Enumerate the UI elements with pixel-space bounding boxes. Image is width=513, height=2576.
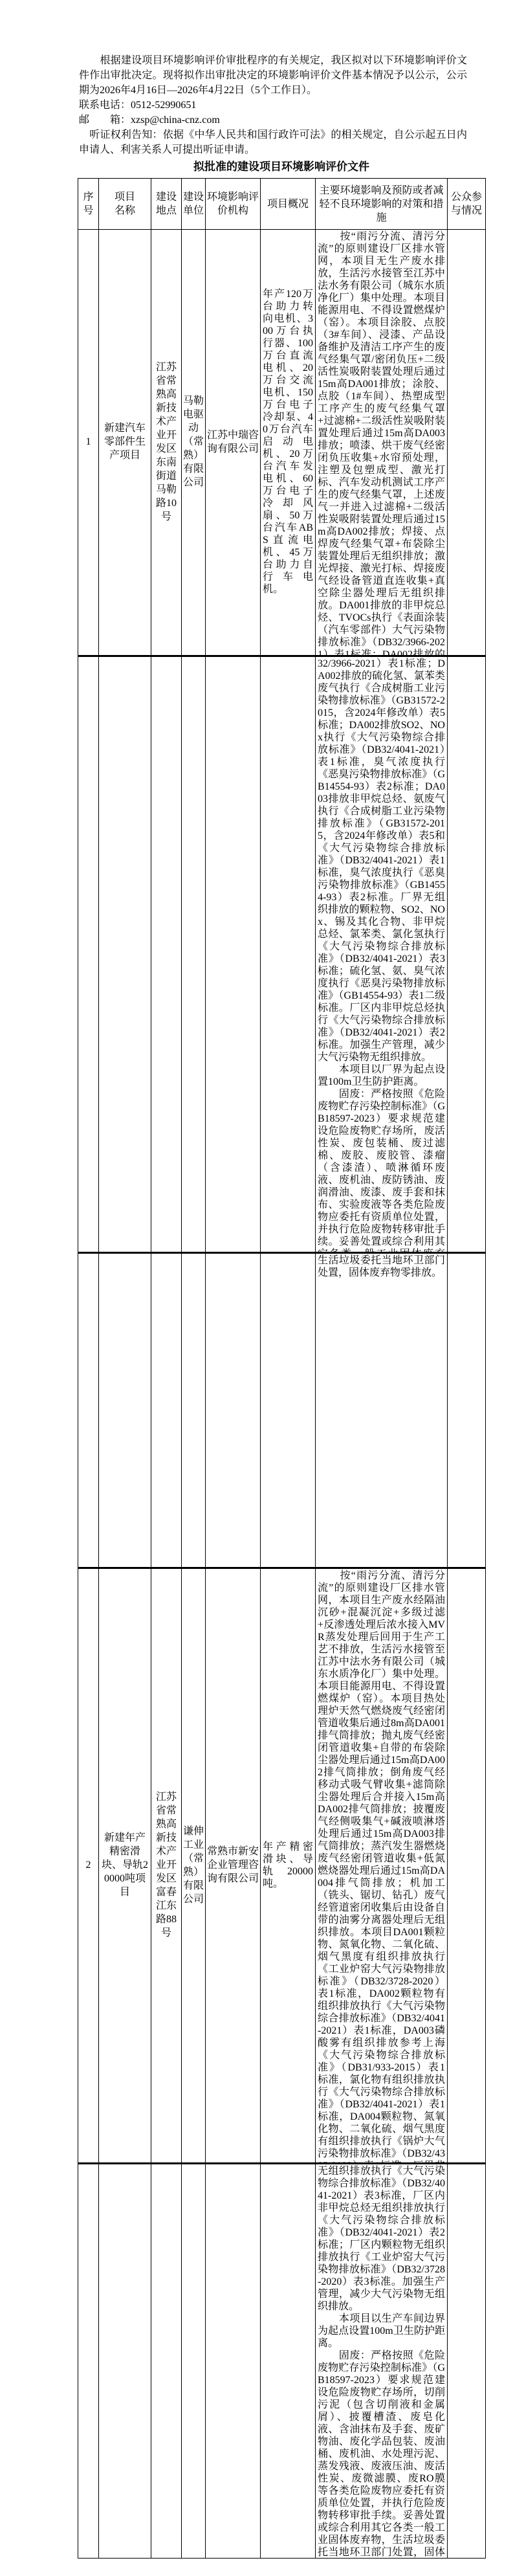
row2-cont1-public-cell [448,2164,486,2559]
row2-seq: 2 [79,1858,98,1872]
row2-builder: 谦伸工业（常熟）有限公司 [182,1825,204,1906]
row1-cont2-seq [78,1254,98,1567]
table-title: 拟批准的建设项目环境影响评价文件 [78,160,485,174]
row1-cont2-overview-cell [261,1253,316,1568]
row1-cont2-name-cell [99,1253,151,1568]
row1-cont2-overview [261,1254,315,1567]
row2-cont1-seq [78,2164,98,2558]
header-row: 序号 项目 名称 建设 地点 建设 单位 环境影响评 价机构 项目概况 主要环境… [78,179,486,230]
row2-agency-cell: 常熟市新安企业管理咨询有限公司 [206,1568,261,2164]
row1-cont1-overview [261,657,315,1252]
row2-cont1-location-cell [151,2164,182,2559]
eia-approval-table: 序号 项目 名称 建设 地点 建设 单位 环境影响评 价机构 项目概况 主要环境… [78,178,486,2559]
header-agency-label: 环境影响评 价机构 [206,179,260,229]
header-agency: 环境影响评 价机构 [206,179,261,230]
row1-measures: 按“雨污分流、清污分流”的原则建设厂区排水管网，本项目无生产废水排放，生活污水接… [316,230,447,655]
row2-public [448,1569,485,2162]
header-project-name-label: 项目 名称 [99,179,151,229]
row1-cont2-location-cell [151,1253,182,1568]
row1-cont1-seq-cell [78,656,99,1253]
hearing-notice: 听证权利告知：依据《中华人民共和国行政许可法》的相关规定，自公示起五日内申请人、… [79,128,467,157]
contact-phone: 联系电话：0512-52990651 [79,98,467,113]
intro-block: 根据建设项目环境影响评价审批程序的有关规定，我区拟对以下环境影响评价文件作出审批… [79,53,467,157]
row1-cont2-builder [182,1254,205,1567]
header-location-label: 建设 地点 [151,179,181,229]
row2-cont1-overview [261,2164,315,2558]
row1-cont2-public [448,1254,485,1567]
row1-cont2-agency [206,1254,260,1567]
header-seq-label: 序号 [78,179,98,229]
row1-seq-cell: 1 [78,230,99,656]
row1-cont2-builder-cell [182,1253,206,1568]
row2-location: 江苏省常熟高新技术产业开发区富春江东路88号 [152,1790,180,1940]
row1-cont1-builder-cell [182,656,206,1253]
table-row: 1 新建汽车零部件生产项目 江苏省常熟高新技术产业开发区东南街道马勒路10号 马… [78,230,486,656]
row1-cont1-overview-cell [261,656,316,1253]
row1-cont2-agency-cell [206,1253,261,1568]
row1-overview-cell: 年产120万台助力转向电机、300万台执行器、100万台直流电机、20万台交流电… [261,230,316,656]
row2-seq-cell: 2 [78,1568,99,2164]
header-builder-label: 建设 单位 [182,179,205,229]
row1-overview: 年产120万台助力转向电机、300万台执行器、100万台直流电机、20万台交流电… [261,288,314,595]
row2-overview: 年产精密滑块、导轨20000吨。 [261,1841,314,1890]
header-project-name: 项目 名称 [99,179,151,230]
row1-cont2-public-cell [448,1253,486,1568]
row2-cont1-measures: 无组织排放执行《大气污染物综合排放标准》（DB32/4041-2021）表3标准… [316,2164,447,2558]
row1-seq: 1 [79,435,98,449]
header-measures-label: 主要环境影响及预防或者减轻不良环境影响的对策和措施 [316,179,447,229]
row1-cont1-location [151,657,181,1252]
row1-agency-cell: 江苏中瑞咨询有限公司 [206,230,261,656]
row1-builder-cell: 马勒电驱动（常熟）有限公司 [182,230,206,656]
row1-cont2-measures-cell: 生活垃圾委托当地环卫部门处置，固体废弃物零排放。 [316,1253,448,1568]
row2-builder-cell: 谦伸工业（常熟）有限公司 [182,1568,206,2164]
row2-cont1-builder-cell [182,2164,206,2559]
row1-cont2-measures: 生活垃圾委托当地环卫部门处置，固体废弃物零排放。 [316,1254,447,1567]
row2-cont1-builder [182,2164,205,2558]
header-public: 公众参 与情况 [448,179,486,230]
row1-location: 江苏省常熟高新技术产业开发区东南街道马勒路10号 [152,361,180,524]
header-builder: 建设 单位 [182,179,206,230]
row1-cont1-name [99,657,151,1252]
header-overview: 项目概况 [261,179,316,230]
row2-location-cell: 江苏省常熟高新技术产业开发区富春江东路88号 [151,1568,182,2164]
row1-public-cell [448,230,486,656]
row1-cont2-name [99,1254,151,1567]
row1-agency: 江苏中瑞咨询有限公司 [206,428,259,456]
table-row: 32/3966-2021）表1标准；DA002排放的硫化氢、氯苯类废气执行《合成… [78,656,486,1253]
row2-name-cell: 新建年产精密滑块、导轨20000吨项目 [99,1568,151,2164]
row2-cont1-location [151,2164,181,2558]
row1-public [448,230,485,655]
table-row: 生活垃圾委托当地环卫部门处置，固体废弃物零排放。 [78,1253,486,1568]
row2-measures-cell: 按“雨污分流、清污分流”的原则建设厂区排水管网，本项目生产废水经隔油沉砂+混凝沉… [316,1568,448,2164]
row1-cont1-name-cell [99,656,151,1253]
table-row: 2 新建年产精密滑块、导轨20000吨项目 江苏省常熟高新技术产业开发区富春江东… [78,1568,486,2164]
row1-cont1-agency [206,657,260,1252]
row1-cont1-public-cell [448,656,486,1253]
row2-measures: 按“雨污分流、清污分流”的原则建设厂区排水管网，本项目生产废水经隔油沉砂+混凝沉… [316,1569,447,2162]
header-measures: 主要环境影响及预防或者减轻不良环境影响的对策和措施 [316,179,448,230]
row1-measures-cell: 按“雨污分流、清污分流”的原则建设厂区排水管网，本项目无生产废水排放，生活污水接… [316,230,448,656]
header-public-label: 公众参 与情况 [448,179,485,229]
row2-cont1-agency-cell [206,2164,261,2559]
row2-cont1-agency [206,2164,260,2558]
row1-name: 新建汽车零部件生产项目 [100,421,150,462]
row2-cont1-seq-cell [78,2164,99,2559]
row2-cont1-name-cell [99,2164,151,2559]
row2-cont1-overview-cell [261,2164,316,2559]
row1-cont1-measures: 32/3966-2021）表1标准；DA002排放的硫化氢、氯苯类废气执行《合成… [316,657,447,1252]
row1-cont1-public [448,657,485,1252]
document-page: { "page": { "background": "#ffffff", "te… [0,0,513,2576]
row1-location-cell: 江苏省常熟高新技术产业开发区东南街道马勒路10号 [151,230,182,656]
row1-cont2-seq-cell [78,1253,99,1568]
row1-cont1-location-cell [151,656,182,1253]
header-overview-label: 项目概况 [261,179,315,229]
row1-cont1-measures-cell: 32/3966-2021）表1标准；DA002排放的硫化氢、氯苯类废气执行《合成… [316,656,448,1253]
row2-cont1-public [448,2164,485,2558]
row2-cont1-measures-cell: 无组织排放执行《大气污染物综合排放标准》（DB32/4041-2021）表3标准… [316,2164,448,2559]
header-location: 建设 地点 [151,179,182,230]
row1-cont1-builder [182,657,205,1252]
row2-overview-cell: 年产精密滑块、导轨20000吨。 [261,1568,316,2164]
row1-cont1-agency-cell [206,656,261,1253]
row1-name-cell: 新建汽车零部件生产项目 [99,230,151,656]
row1-cont2-location [151,1254,181,1567]
row1-cont1-seq [78,657,98,1252]
intro-paragraph: 根据建设项目环境影响评价审批程序的有关规定，我区拟对以下环境影响评价文件作出审批… [79,53,467,98]
row2-cont1-name [99,2164,151,2558]
row1-builder: 马勒电驱动（常熟）有限公司 [182,394,204,489]
row2-name: 新建年产精密滑块、导轨20000吨项目 [100,1831,150,1899]
table-row: 无组织排放执行《大气污染物综合排放标准》（DB32/4041-2021）表3标准… [78,2164,486,2559]
contact-email: 邮 箱：xzsp@china-cnz.com [79,113,467,128]
row2-public-cell [448,1568,486,2164]
header-seq: 序号 [78,179,99,230]
document-body: 根据建设项目环境影响评价审批程序的有关规定，我区拟对以下环境影响评价文件作出审批… [0,0,513,2559]
row2-agency: 常熟市新安企业管理咨询有限公司 [206,1845,259,1885]
